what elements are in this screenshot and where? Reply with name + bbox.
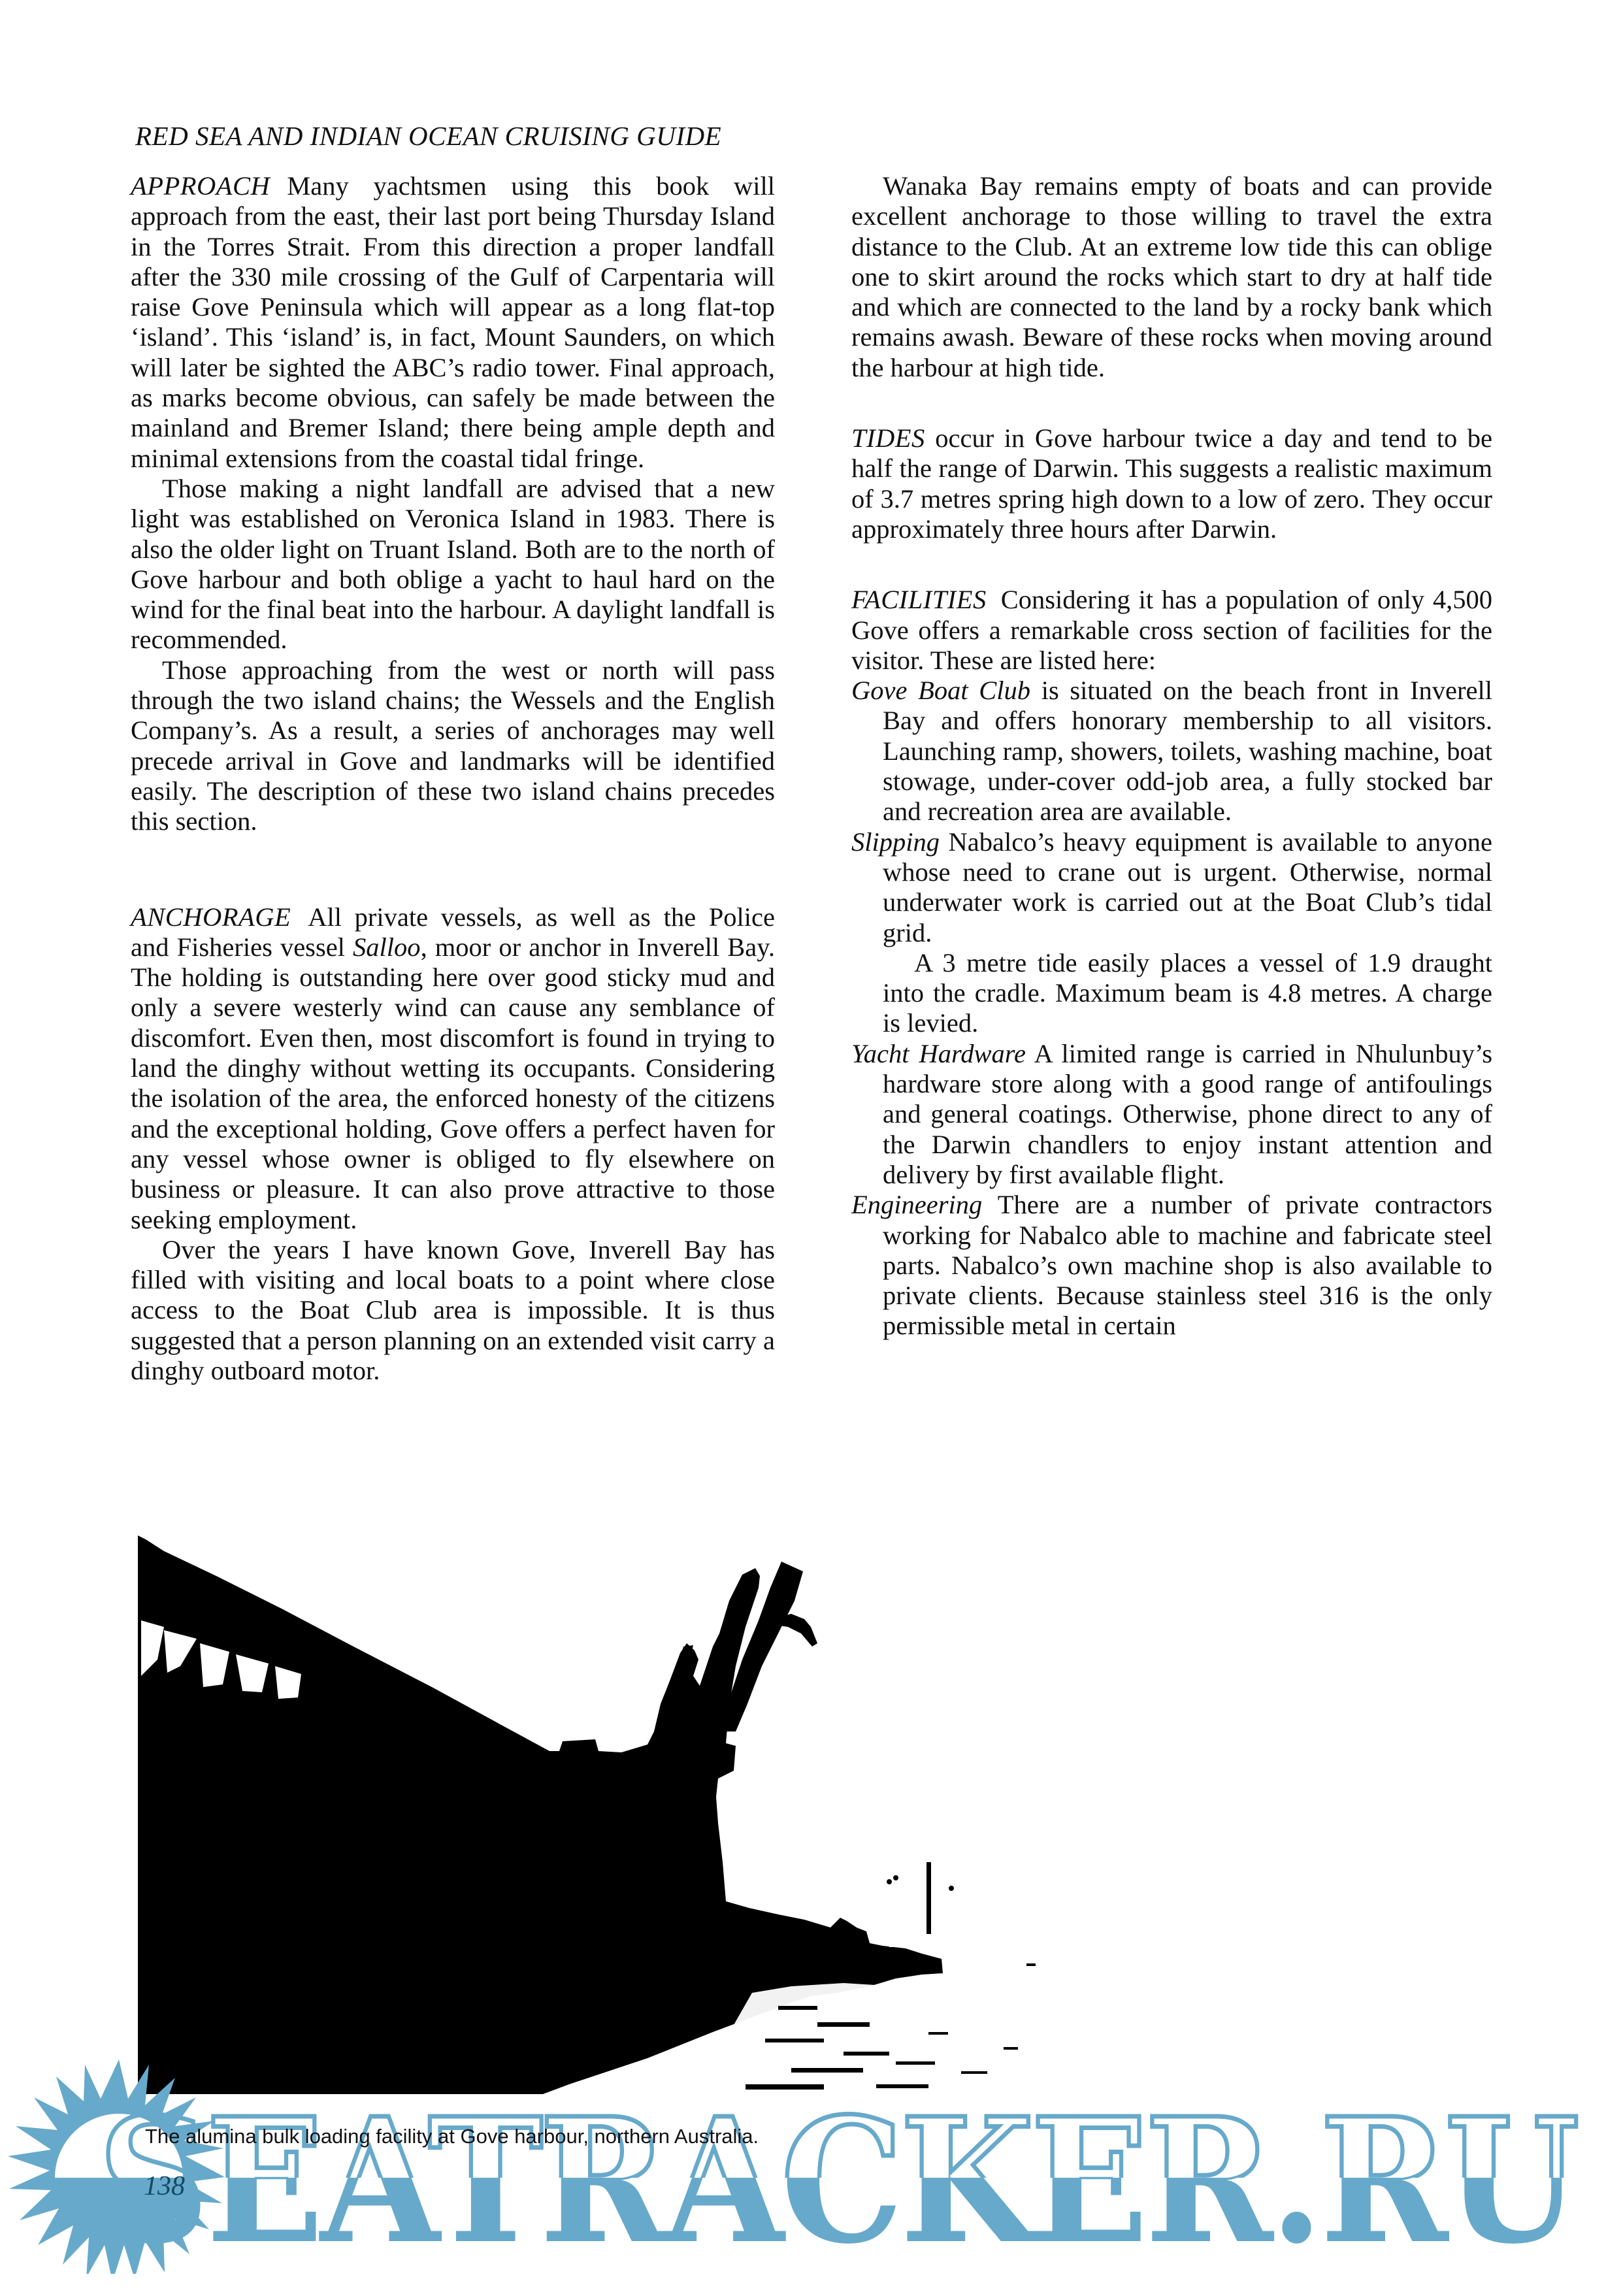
tides-text: occur in Gove harbour twice a day and te… — [851, 423, 1492, 544]
facility-term: Engineering — [851, 1190, 982, 1219]
wanaka-paragraph: Wanaka Bay remains empty of boats and ca… — [851, 171, 1492, 383]
approach-paragraph-2: Those making a night landfall are advise… — [131, 474, 775, 655]
vessel-name: Salloo — [353, 932, 421, 962]
facility-item-slipping: Slipping Nabalco’s heavy equipment is av… — [851, 827, 1492, 948]
facility-item-yacht-hardware: Yacht Hardware A limited range is carrie… — [851, 1039, 1492, 1190]
tides-paragraph: TIDES occur in Gove harbour twice a day … — [851, 423, 1492, 544]
section-heading-tides: TIDES — [851, 423, 925, 453]
watermark-text-outline: SEATRACKER.RU — [98, 2080, 1577, 2274]
section-approach: APPROACHMany yachtsmen using this book w… — [131, 171, 775, 837]
facilities-intro: FACILITIESConsidering it has a populatio… — [851, 585, 1492, 676]
facility-term: Slipping — [851, 827, 940, 857]
facility-term: Yacht Hardware — [851, 1039, 1026, 1068]
facility-item-slipping-continuation: A 3 metre tide easily places a vessel of… — [851, 948, 1492, 1039]
running-head: RED SEA AND INDIAN OCEAN CRUISING GUIDE — [135, 120, 721, 152]
loading-facility-silhouette-icon — [138, 1535, 1164, 2094]
facility-term: Gove Boat Club — [851, 676, 1030, 705]
facility-item-engineering: Engineering There are a number of privat… — [851, 1190, 1492, 1341]
section-heading-facilities: FACILITIES — [851, 585, 987, 614]
right-column: Wanaka Bay remains empty of boats and ca… — [851, 171, 1492, 1341]
anchorage-text-after: , moor or anchor in Inverell Bay. The ho… — [131, 932, 775, 1234]
approach-paragraph-3: Those approaching from the west or north… — [131, 655, 775, 837]
left-column: APPROACHMany yachtsmen using this book w… — [131, 171, 775, 1386]
section-heading-approach: APPROACH — [131, 171, 270, 201]
figure-caption: The alumina bulk loading facility at Gov… — [145, 2125, 759, 2148]
facility-item-boat-club: Gove Boat Club is situated on the beach … — [851, 676, 1492, 827]
section-heading-anchorage: ANCHORAGE — [131, 902, 291, 932]
page-number: 138 — [144, 2171, 185, 2202]
facility-text: Nabalco’s heavy equipment is available t… — [883, 827, 1492, 947]
anchorage-paragraph-1: ANCHORAGEAll private vessels, as well as… — [131, 902, 775, 1235]
section-facilities: FACILITIESConsidering it has a populatio… — [851, 585, 1492, 1341]
section-wanaka: Wanaka Bay remains empty of boats and ca… — [851, 171, 1492, 383]
photo-loading-facility — [138, 1535, 1164, 2094]
section-anchorage: ANCHORAGEAll private vessels, as well as… — [131, 902, 775, 1386]
anchorage-paragraph-2: Over the years I have known Gove, Invere… — [131, 1235, 775, 1386]
approach-paragraph-1: APPROACHMany yachtsmen using this book w… — [131, 171, 775, 474]
section-tides: TIDES occur in Gove harbour twice a day … — [851, 423, 1492, 544]
watermark-text: SEATRACKER.RU — [98, 2080, 1577, 2274]
approach-text-1: Many yachtsmen using this book will appr… — [131, 171, 775, 473]
